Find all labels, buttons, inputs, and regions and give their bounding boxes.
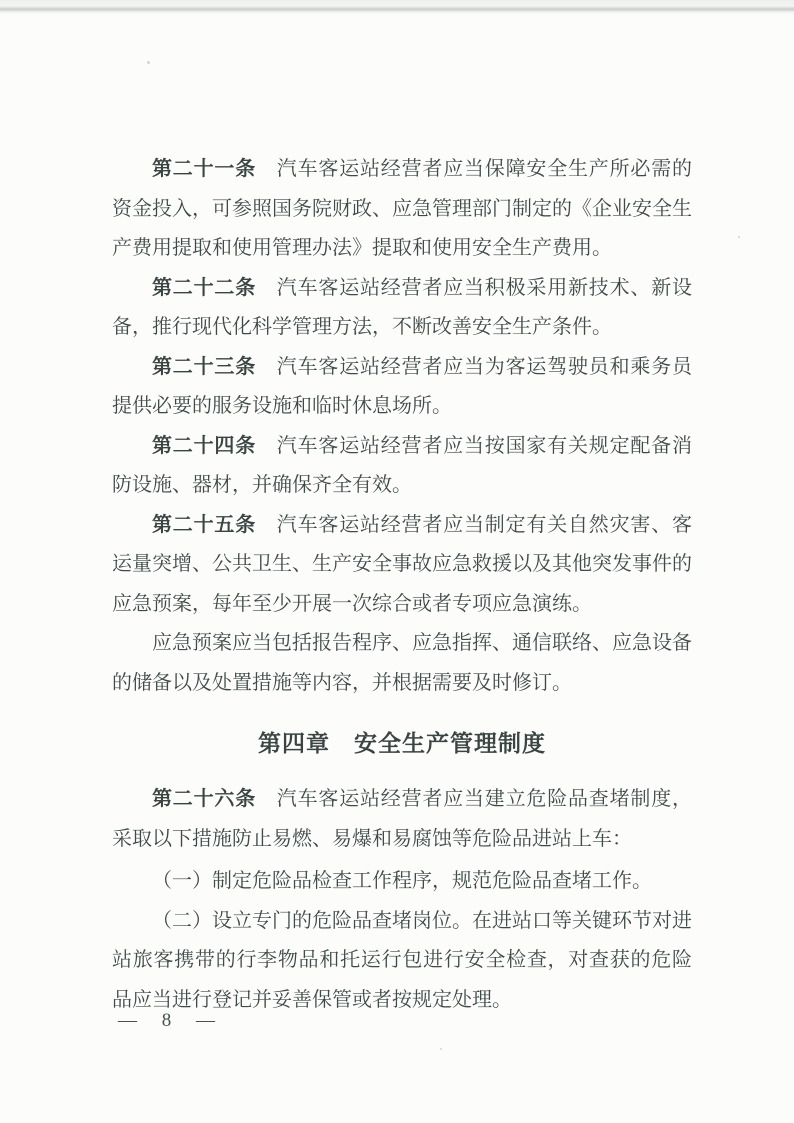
paragraph: 应急预案应当包括报告程序、应急指挥、通信联络、应急设备的储备以及处置措施等内容，… <box>112 624 692 703</box>
paragraph: （二）设立专门的危险品查堵岗位。在进站口等关键环节对进站旅客携带的行李物品和托运… <box>112 902 692 1021</box>
article-number: 第二十二条 <box>152 277 256 299</box>
scan-speck <box>147 61 150 64</box>
text-line: 的储备以及处置措施等内容，并根据需要及时修订。 <box>112 664 692 704</box>
text-line: 采取以下措施防止易燃、易爆和易腐蚀等危险品进站上车： <box>112 820 692 860</box>
text-line: 备，推行现代化科学管理方法，不断改善安全生产条件。 <box>112 308 692 348</box>
article-number: 第二十三条 <box>152 356 256 378</box>
text-line: （一）制定危险品检查工作程序，规范危险品查堵工作。 <box>112 862 692 902</box>
text-line: 资金投入，可参照国务院财政、应急管理部门制定的《企业安全生 <box>112 190 692 230</box>
text-line: 第二十二条 汽车客运站经营者应当积极采用新技术、新设 <box>112 269 692 309</box>
article-number: 第二十四条 <box>152 435 256 457</box>
text-line: （二）设立专门的危险品查堵岗位。在进站口等关键环节对进 <box>112 902 692 942</box>
page-number: — 8 — <box>118 1008 222 1034</box>
text-line: 第二十六条 汽车客运站经营者应当建立危险品查堵制度， <box>112 780 692 820</box>
scan-artifact-top-edge <box>0 0 794 15</box>
text-line: 应急预案应当包括报告程序、应急指挥、通信联络、应急设备 <box>112 624 692 664</box>
paragraph: 第二十六条 汽车客运站经营者应当建立危险品查堵制度，采取以下措施防止易燃、易爆和… <box>112 780 692 859</box>
paragraph: （一）制定危险品检查工作程序，规范危险品查堵工作。 <box>112 862 692 902</box>
article-number: 第二十六条 <box>152 788 256 810</box>
scan-speck <box>440 1048 442 1050</box>
text-line: 提供必要的服务设施和临时休息场所。 <box>112 387 692 427</box>
scan-speck <box>738 236 740 238</box>
paragraph: 第二十三条 汽车客运站经营者应当为客运驾驶员和乘务员提供必要的服务设施和临时休息… <box>112 348 692 427</box>
paragraph: 第二十五条 汽车客运站经营者应当制定有关自然灾害、客运量突增、公共卫生、生产安全… <box>112 506 692 625</box>
text-line: 第二十一条 汽车客运站经营者应当保障安全生产所必需的 <box>112 150 692 190</box>
paragraph: 第二十二条 汽车客运站经营者应当积极采用新技术、新设备，推行现代化科学管理方法，… <box>112 269 692 348</box>
text-line: 第二十五条 汽车客运站经营者应当制定有关自然灾害、客 <box>112 506 692 546</box>
text-line: 应急预案，每年至少开展一次综合或者专项应急演练。 <box>112 585 692 625</box>
article-number: 第二十五条 <box>152 514 256 536</box>
document-body: 第二十一条 汽车客运站经营者应当保障安全生产所必需的资金投入，可参照国务院财政、… <box>112 150 692 1020</box>
text-line: 产费用提取和使用管理办法》提取和使用安全生产费用。 <box>112 229 692 269</box>
document-page: 第二十一条 汽车客运站经营者应当保障安全生产所必需的资金投入，可参照国务院财政、… <box>0 0 794 1123</box>
text-line: 防设施、器材，并确保齐全有效。 <box>112 466 692 506</box>
paragraph: 第二十一条 汽车客运站经营者应当保障安全生产所必需的资金投入，可参照国务院财政、… <box>112 150 692 269</box>
text-line: 站旅客携带的行李物品和托运行包进行安全检查，对查获的危险 <box>112 941 692 981</box>
chapter-heading: 第四章 安全生产管理制度 <box>112 722 692 764</box>
paragraph: 第二十四条 汽车客运站经营者应当按国家有关规定配备消防设施、器材，并确保齐全有效… <box>112 427 692 506</box>
article-number: 第二十一条 <box>152 158 256 180</box>
text-line: 运量突增、公共卫生、生产安全事故应急救援以及其他突发事件的 <box>112 545 692 585</box>
text-line: 第二十四条 汽车客运站经营者应当按国家有关规定配备消 <box>112 427 692 467</box>
text-line: 第二十三条 汽车客运站经营者应当为客运驾驶员和乘务员 <box>112 348 692 388</box>
